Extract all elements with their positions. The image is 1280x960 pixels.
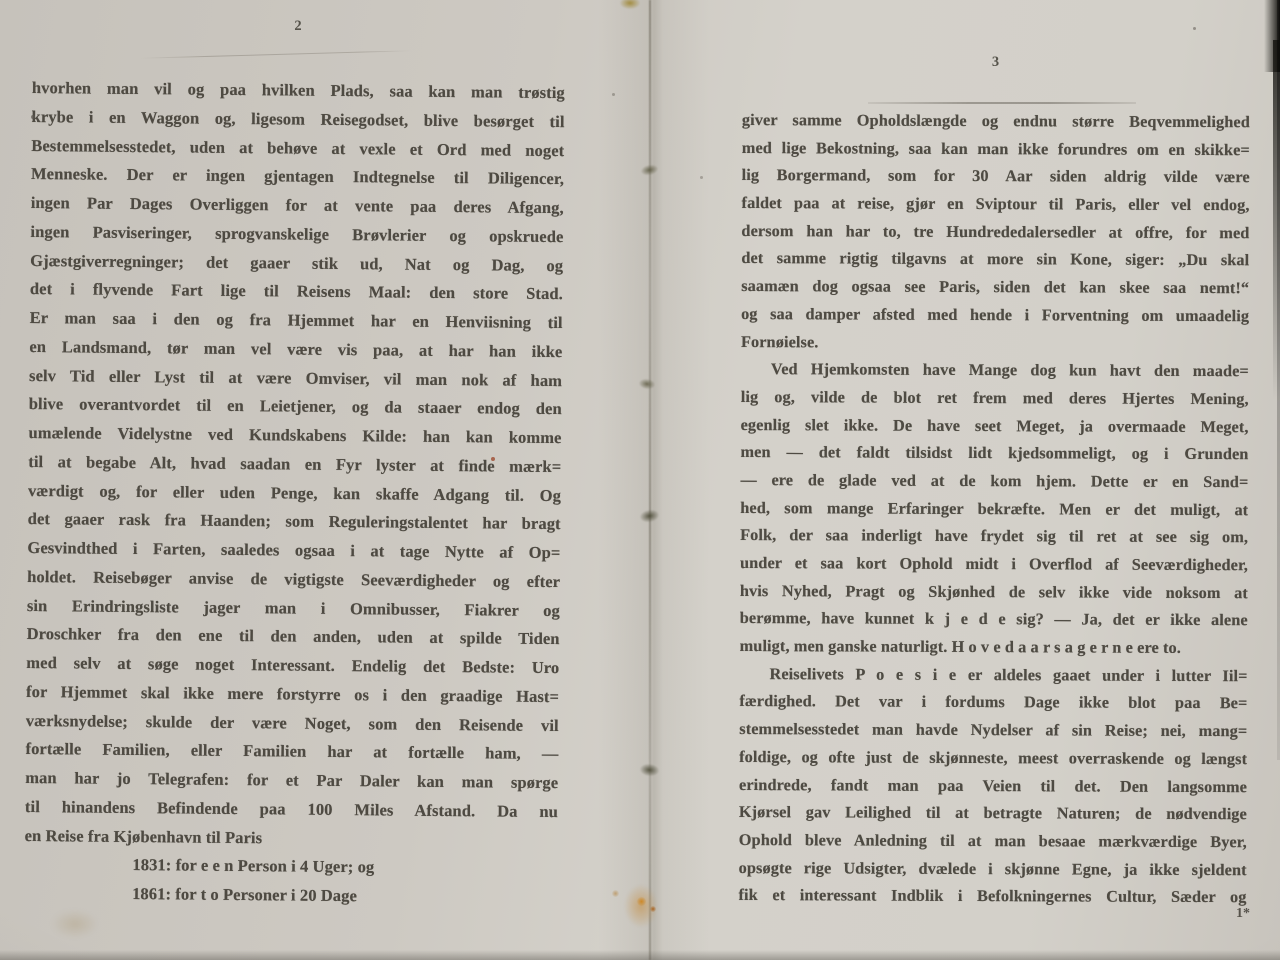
- binding-stitch-knot: [638, 378, 655, 390]
- text-line: saamæn dog ogsaa see Paris, siden det ka…: [741, 272, 1249, 302]
- paper-speck: [612, 93, 615, 96]
- foxing-spot: [650, 906, 656, 912]
- text-line: berømme, have kunnet k j e d e sig? — Ja…: [740, 604, 1248, 634]
- paper-speck: [700, 176, 703, 179]
- binding-gutter-shadow: [598, 0, 710, 960]
- text-line: det samme rigtig tilgavns at more sin Ko…: [741, 244, 1249, 274]
- foxing-stain: [624, 884, 658, 928]
- page-right: 3 giver samme Opholdslængde og endnu stø…: [742, 54, 1250, 71]
- signature-mark: 1*: [742, 906, 1280, 922]
- text-line: dersom han har to, tre Hundrededalersedl…: [741, 217, 1249, 247]
- text-line: stemmelsesstedet man havde Nydelser af s…: [739, 715, 1247, 745]
- text-line: Fornøielse.: [741, 327, 1249, 357]
- text-line: erindrede, fandt man paa Veien til det. …: [739, 770, 1247, 800]
- binding-crease-line: [649, 0, 651, 960]
- text-line: men — det faldt tilsidst lidt kjedsommel…: [740, 438, 1248, 468]
- paper-speck: [1193, 27, 1196, 30]
- text-line: muligt, men ganske naturligt. H o v e d …: [740, 632, 1248, 662]
- text-line: og saa damper afsted med hende i Forvent…: [741, 300, 1249, 330]
- text-line: Kjørsel gav Leilighed til at betragte Na…: [739, 798, 1247, 828]
- binding-thread-knot: [620, 0, 640, 9]
- paper-smudge: [52, 910, 98, 938]
- text-line: lig Borgermand, som for 30 Aar siden ald…: [742, 161, 1250, 191]
- photo-edge-bottom: [0, 950, 1280, 960]
- text-line: under et saa kort Ophold midt i Overflod…: [740, 549, 1248, 579]
- book-spread-photo: 2 hvorhen man vil og paa hvilken Plads, …: [0, 0, 1280, 960]
- foxing-spot: [637, 897, 646, 906]
- page-left-text-block: hvorhen man vil og paa hvilken Plads, sa…: [24, 74, 565, 913]
- page-number-right: 3: [742, 54, 1250, 71]
- binding-stitch-knot: [639, 763, 659, 777]
- text-line: hed, som mange Erfaringer bekræfte. Men …: [740, 494, 1248, 524]
- text-line: egenlig slet ikke. De have seet Meget, j…: [741, 411, 1249, 441]
- text-line: 1861: for t o Personer i 20 Dage: [24, 879, 557, 913]
- text-line: faldet paa at reise, gjør en Sviptour ti…: [742, 189, 1250, 219]
- text-line: færdighed. Det var i fordums Dage ikke b…: [739, 687, 1247, 717]
- text-line: Reiselivets P o e s i e er aldeles gaaet…: [739, 660, 1247, 690]
- page-left: 2 hvorhen man vil og paa hvilken Plads, …: [32, 18, 565, 35]
- binding-stitch-knot: [640, 163, 659, 176]
- foxing-spot: [612, 890, 619, 897]
- text-line: opsøgte rige Udsigter, dvælede i skjønne…: [739, 854, 1247, 884]
- text-line: foldige, og ofte just de skjønneste, mee…: [739, 743, 1247, 773]
- binding-stitch-knot: [639, 508, 660, 523]
- text-line: hvis Nyhed, Pragt og Skjønhed de selv ik…: [740, 577, 1248, 607]
- text-line: lig og, vilde de blot ret frem med deres…: [741, 383, 1249, 413]
- text-line: — ere de glade ved at de kom hjem. Dette…: [740, 466, 1248, 496]
- text-line: med lige Bekostning, saa kan man ikke fo…: [742, 134, 1250, 164]
- page-number-left: 2: [32, 18, 565, 35]
- text-line: giver samme Opholdslængde og endnu størr…: [742, 106, 1250, 136]
- text-line: Ophold bleve Anledning til at man besaae…: [739, 826, 1247, 856]
- page-number-rule-right: [868, 102, 1136, 104]
- text-line: Ved Hjemkomsten have Mange dog kun havt …: [741, 355, 1249, 385]
- page-right-text-block: giver samme Opholdslængde og endnu størr…: [738, 106, 1249, 911]
- page-number-rule-left: [140, 50, 412, 59]
- text-line: Folk, der saa inderligt have frydet sig …: [740, 521, 1248, 551]
